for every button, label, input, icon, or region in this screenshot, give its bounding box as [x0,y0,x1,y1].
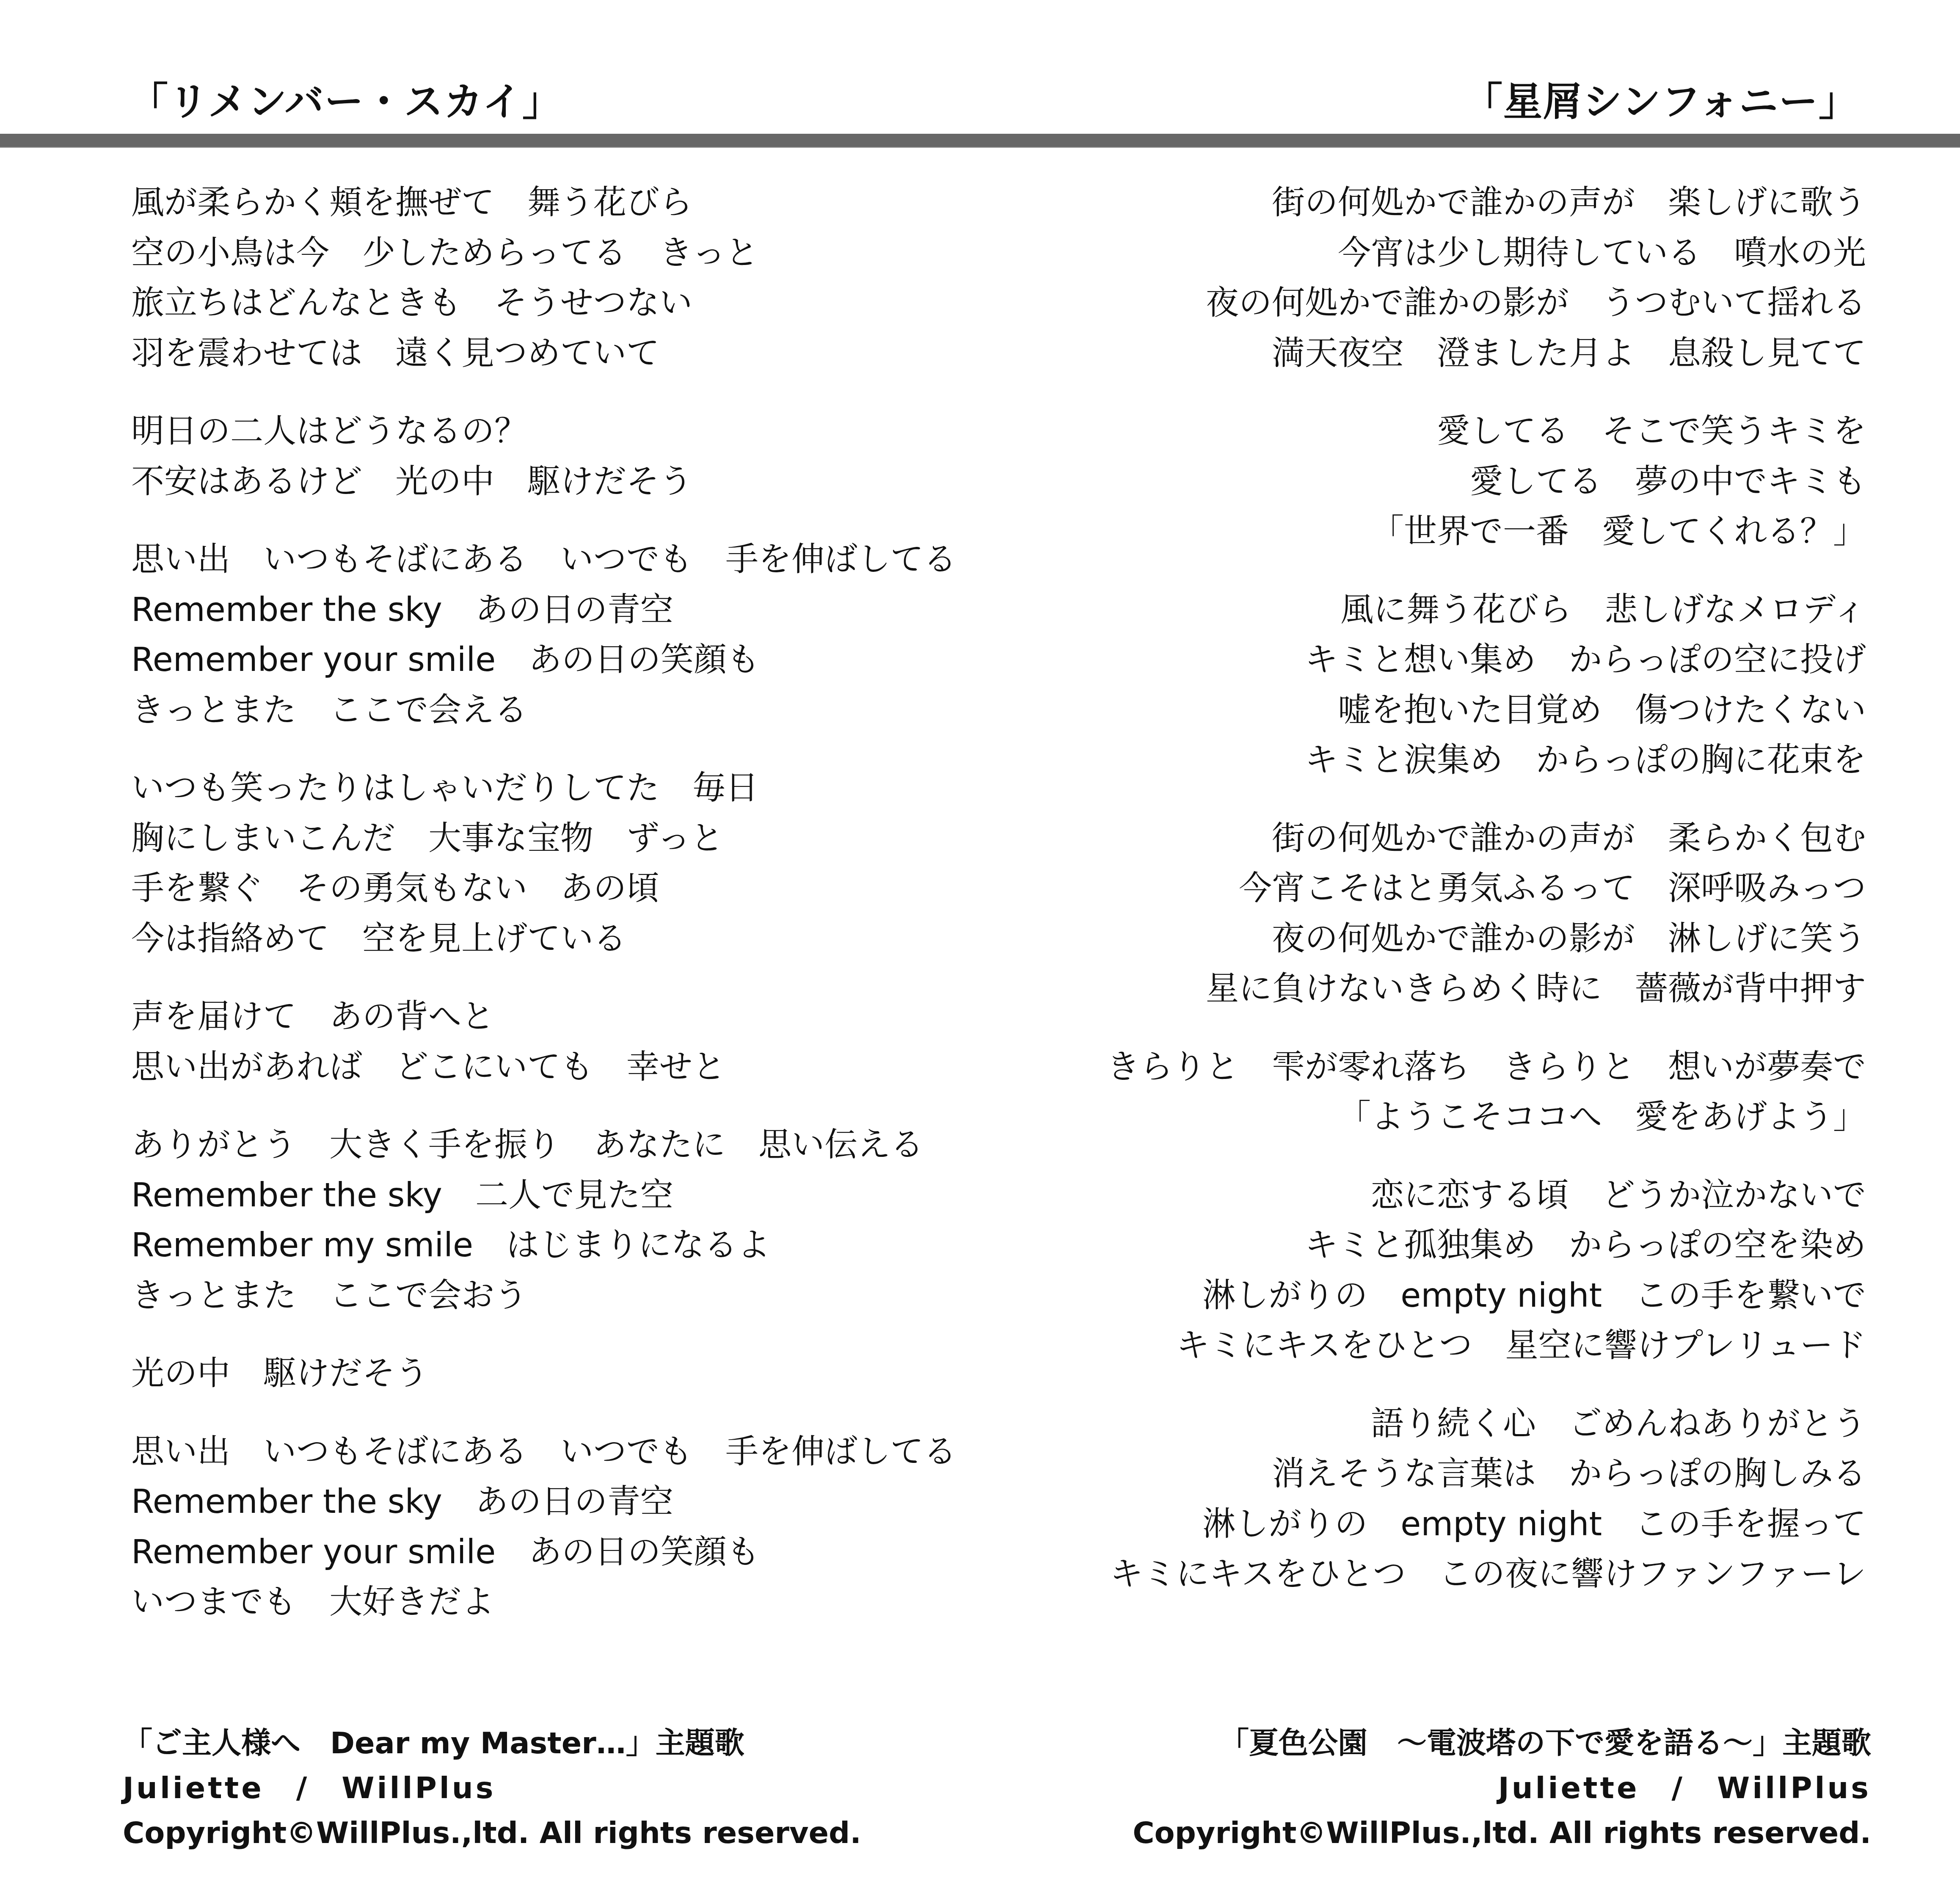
lyric-line: 夜の何処かで誰かの影が 淋しげに笑う [1107,914,1866,964]
lyric-line: 明日の二人はどうなるの？ [131,406,957,457]
lyric-line: 満天夜空 澄ました月よ 息殺し見てて [1107,328,1866,379]
lyric-line: Remember your smile あの日の笑顔も [131,635,957,685]
lyric-line: きっとまた ここで会える [131,685,957,736]
lyric-line: 恋に恋する頃 どうか泣かないで [1107,1170,1866,1221]
lyric-line: Remember the sky あの日の青空 [131,1477,957,1527]
lyrics-stanza: 風に舞う花びら 悲しげなメロディ キミと想い集め からっぽの空に投げ 嘘を抱いた… [1107,585,1866,786]
lyrics-stanza: 愛してる そこで笑うキミを 愛してる 夢の中でキミも 「世界で一番 愛してくれる… [1107,406,1866,557]
right-footer: 「夏色公園 ～電波塔の下で愛を語る～」主題歌 Juliette / WillPl… [1133,1721,1871,1855]
lyric-line: 星に負けないきらめく時に 薔薇が背中押す [1107,964,1866,1014]
lyric-line: 風が柔らかく頬を撫ぜて 舞う花びら [131,178,957,228]
artist-credit: Juliette / WillPlus [123,1766,861,1810]
lyric-line: 淋しがりの empty night この手を繋いで [1107,1271,1866,1321]
lyric-line: 不安はあるけど 光の中 駆けだそう [131,457,957,507]
lyric-line: 羽を震わせては 遠く見つめていて [131,328,957,379]
right-lyrics: 街の何処かで誰かの声が 楽しげに歌う 今宵は少し期待している 噴水の光 夜の何処… [1107,178,1866,1628]
lyric-line: 淋しがりの empty night この手を握って [1107,1499,1866,1550]
lyrics-stanza: ありがとう 大きく手を振り あなたに 思い伝える Remember the sk… [131,1120,957,1321]
lyrics-stanza: 思い出 いつもそばにある いつでも 手を伸ばしてる Remember the s… [131,1427,957,1628]
lyric-line: Remember the sky 二人で見た空 [131,1170,957,1221]
lyrics-stanza: 思い出 いつもそばにある いつでも 手を伸ばしてる Remember the s… [131,535,957,735]
lyric-line: キミと想い集め からっぽの空に投げ [1107,635,1866,685]
lyric-line: 今宵こそはと勇気ふるって 深呼吸みっつ [1107,864,1866,914]
lyric-line: キミと涙集め からっぽの胸に花束を [1107,735,1866,786]
artist-credit: Juliette / WillPlus [1133,1766,1871,1810]
lyrics-stanza: いつも笑ったりはしゃいだりしてた 毎日 胸にしまいこんだ 大事な宝物 ずっと 手… [131,763,957,964]
lyric-line: Remember my smile はじまりになるよ [131,1220,957,1271]
lyric-line: 手を繋ぐ その勇気もない あの頃 [131,864,957,914]
lyric-line: 街の何処かで誰かの声が 楽しげに歌う [1107,178,1866,228]
lyric-line: 今宵は少し期待している 噴水の光 [1107,228,1866,279]
lyric-line: 嘘を抱いた目覚め 傷つけたくない [1107,685,1866,736]
lyrics-stanza: 光の中 駆けだそう [131,1349,957,1399]
lyric-line: 夜の何処かで誰かの影が うつむいて揺れる [1107,278,1866,328]
lyric-line: キミにキスをひとつ この夜に響けファンファーレ [1107,1549,1866,1600]
lyrics-stanza: 語り続く心 ごめんねありがとう 消えそうな言葉は からっぽの胸しみる 淋しがりの… [1107,1399,1866,1600]
lyric-line: 愛してる そこで笑うキミを [1107,406,1866,457]
lyric-line: 光の中 駆けだそう [131,1349,957,1399]
lyric-line: 愛してる 夢の中でキミも [1107,457,1866,507]
lyric-line: 胸にしまいこんだ 大事な宝物 ずっと [131,814,957,864]
lyric-line: きっとまた ここで会おう [131,1271,957,1321]
lyric-line: 思い出 いつもそばにある いつでも 手を伸ばしてる [131,1427,957,1477]
lyric-line: Remember your smile あの日の笑顔も [131,1527,957,1578]
work-title: 「ご主人様へ Dear my Master…」主題歌 [123,1721,861,1766]
right-song-title: 「星屑シンフォニー」 [1464,80,1858,123]
lyric-line: 語り続く心 ごめんねありがとう [1107,1399,1866,1449]
lyric-line: 今は指絡めて 空を見上げている [131,914,957,964]
lyric-line: いつまでも 大好きだよ [131,1577,957,1628]
work-title: 「夏色公園 ～電波塔の下で愛を語る～」主題歌 [1133,1721,1871,1766]
lyric-line: 思い出があれば どこにいても 幸せと [131,1042,957,1093]
lyric-line: 街の何処かで誰かの声が 柔らかく包む [1107,814,1866,864]
left-lyrics: 風が柔らかく頬を撫ぜて 舞う花びら 空の小鳥は今 少しためらってる きっと 旅立… [131,178,957,1655]
header-divider [0,134,1960,148]
copyright-notice: Copyright©WillPlus.,ltd. All rights rese… [123,1810,861,1855]
lyric-line: 消えそうな言葉は からっぽの胸しみる [1107,1449,1866,1499]
lyrics-stanza: 明日の二人はどうなるの？ 不安はあるけど 光の中 駆けだそう [131,406,957,507]
lyric-line: 「世界で一番 愛してくれる？」 [1107,507,1866,557]
lyric-line: 思い出 いつもそばにある いつでも 手を伸ばしてる [131,535,957,585]
lyric-line: ありがとう 大きく手を振り あなたに 思い伝える [131,1120,957,1170]
lyric-line: キミと孤独集め からっぽの空を染め [1107,1220,1866,1271]
lyrics-stanza: 街の何処かで誰かの声が 柔らかく包む 今宵こそはと勇気ふるって 深呼吸みっつ 夜… [1107,814,1866,1014]
lyric-line: 空の小鳥は今 少しためらってる きっと [131,228,957,279]
lyrics-stanza: 街の何処かで誰かの声が 楽しげに歌う 今宵は少し期待している 噴水の光 夜の何処… [1107,178,1866,378]
lyric-line: きらりと 雫が零れ落ち きらりと 想いが夢奏で [1107,1042,1866,1093]
lyrics-stanza: きらりと 雫が零れ落ち きらりと 想いが夢奏で 「ようこそココへ 愛をあげよう」 [1107,1042,1866,1142]
lyrics-stanza: 恋に恋する頃 どうか泣かないで キミと孤独集め からっぽの空を染め 淋しがりの … [1107,1170,1866,1371]
lyric-line: 声を届けて あの背へと [131,992,957,1042]
left-song-title: 「リメンバー・スカイ」 [129,80,562,123]
copyright-notice: Copyright©WillPlus.,ltd. All rights rese… [1133,1810,1871,1855]
lyric-line: いつも笑ったりはしゃいだりしてた 毎日 [131,763,957,814]
lyric-line: 風に舞う花びら 悲しげなメロディ [1107,585,1866,635]
lyric-line: Remember the sky あの日の青空 [131,585,957,635]
lyric-line: 「ようこそココへ 愛をあげよう」 [1107,1092,1866,1142]
left-footer: 「ご主人様へ Dear my Master…」主題歌 Juliette / Wi… [123,1721,861,1855]
lyric-line: 旅立ちはどんなときも そうせつない [131,278,957,328]
lyrics-stanza: 声を届けて あの背へと 思い出があれば どこにいても 幸せと [131,992,957,1092]
lyrics-stanza: 風が柔らかく頬を撫ぜて 舞う花びら 空の小鳥は今 少しためらってる きっと 旅立… [131,178,957,378]
lyric-line: キミにキスをひとつ 星空に響けプレリュード [1107,1321,1866,1371]
